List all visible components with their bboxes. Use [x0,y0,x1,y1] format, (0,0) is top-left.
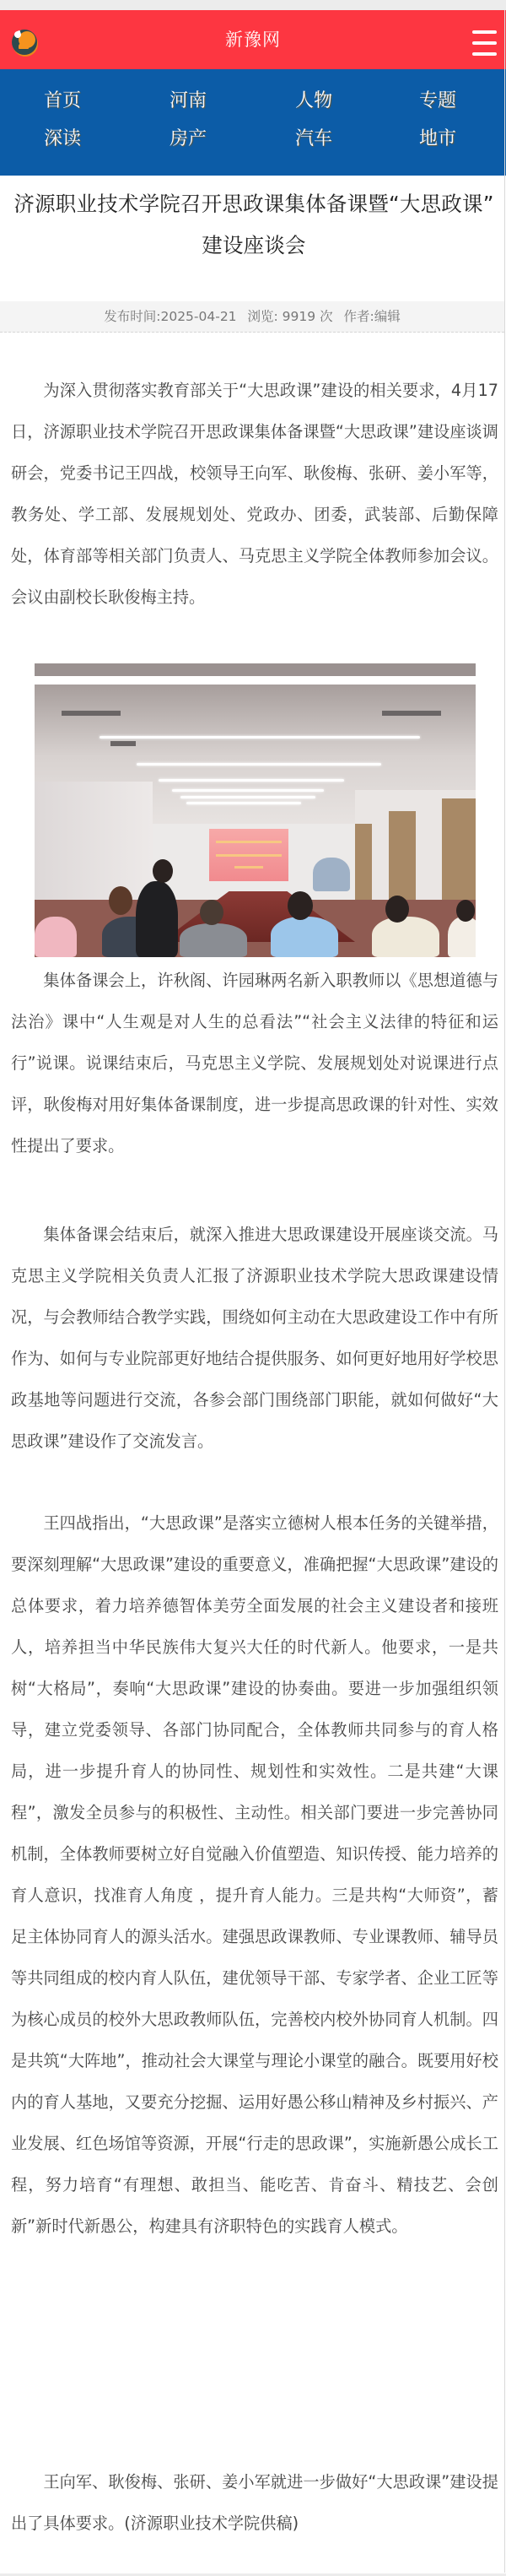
photo-person [313,858,350,891]
nav-row: 深读 房产 汽车 地市 [0,122,506,156]
nav-item-henan[interactable]: 河南 [137,84,239,118]
publish-date: 2025-04-21 [160,309,236,324]
menu-line [472,41,497,45]
nav-item-in-depth[interactable]: 深读 [12,122,113,156]
nav-item-auto[interactable]: 汽车 [263,122,364,156]
category-nav: 首页 河南 人物 专题 深读 房产 汽车 地市 [0,69,506,176]
nav-item-real-estate[interactable]: 房产 [137,122,239,156]
menu-line [472,52,497,56]
status-strip [0,0,506,10]
photo-light [159,779,344,782]
views-value: 9919 [283,309,315,324]
site-title: 新豫网 [0,10,506,69]
photo-person [448,917,476,957]
photo-wall-left [35,782,153,908]
photo-curtain [355,824,372,908]
author-label: 作者: [344,309,374,324]
views-label: 浏览: [248,309,278,324]
paragraph-2: 集体备课会上，许秋阁、许园琳两名新入职教师以《思想道德与法治》课中“人生观是对人… [11,960,498,1166]
nav-item-topics[interactable]: 专题 [387,84,488,118]
photo-person [136,881,178,957]
photo-person-head [200,900,223,925]
article-meta: 发布时间:2025-04-21 浏览: 9919 次 作者:编辑 [0,301,504,332]
photo-vent [62,711,121,716]
photo-band [35,663,476,676]
photo-curtain [442,798,476,917]
paragraph-5: 王向军、耿俊梅、张研、姜小军就进一步做好“大思政课”建设提出了具体要求。(济源职… [11,2461,498,2544]
views-unit: 次 [320,309,333,324]
article-meta-bar: 发布时间:2025-04-21 浏览: 9919 次 作者:编辑 [0,301,504,333]
article-title: 济源职业技术学院召开思政课集体备课暨“大思政课” 建设座谈会 [8,183,499,266]
page-right-edge [504,10,505,2573]
nav-item-people[interactable]: 人物 [263,84,364,118]
photo-light [172,789,324,792]
hamburger-menu-icon[interactable] [472,30,498,57]
photo-person-head [153,859,173,883]
photo-light [100,736,420,739]
photo-light [137,763,381,766]
photo-person-head [385,896,409,923]
article-photo [35,663,476,957]
photo-vent [382,711,441,716]
paragraph-1: 为深入贯彻落实教育部关于“大思政课”建设的相关要求，4月17日，济源职业技术学院… [11,370,498,618]
photo-light [180,796,315,798]
photo-person-head [109,886,132,915]
photo-person-head [288,891,313,920]
nav-row: 首页 河南 人物 专题 [0,84,506,118]
view-count: 浏览: 9919 次 [248,309,333,324]
photo-vent [110,741,136,746]
photo-person [372,917,439,957]
photo-divider [35,676,476,685]
paragraph-3: 集体备课会结束后，就深入推进大思政课建设开展座谈交流。马克思主义学院相关负责人汇… [11,1214,498,1462]
photo-person [35,917,77,957]
publish-label: 发布时间: [104,309,160,324]
menu-line [472,30,497,34]
photo-person [180,923,247,957]
photo-person-head [456,900,475,922]
paragraph-4: 王四战指出，“大思政课”是落实立德树人根本任务的关键举措，要深刻理解“大思政课”… [11,1502,498,2247]
nav-item-cities[interactable]: 地市 [387,122,488,156]
photo-light [186,802,301,804]
author-value: 编辑 [374,309,401,324]
photo-person [271,917,338,957]
photo-projection-screen [209,829,288,881]
author: 作者:编辑 [344,309,401,324]
publish-time: 发布时间:2025-04-21 [104,309,236,324]
nav-item-home[interactable]: 首页 [12,84,113,118]
